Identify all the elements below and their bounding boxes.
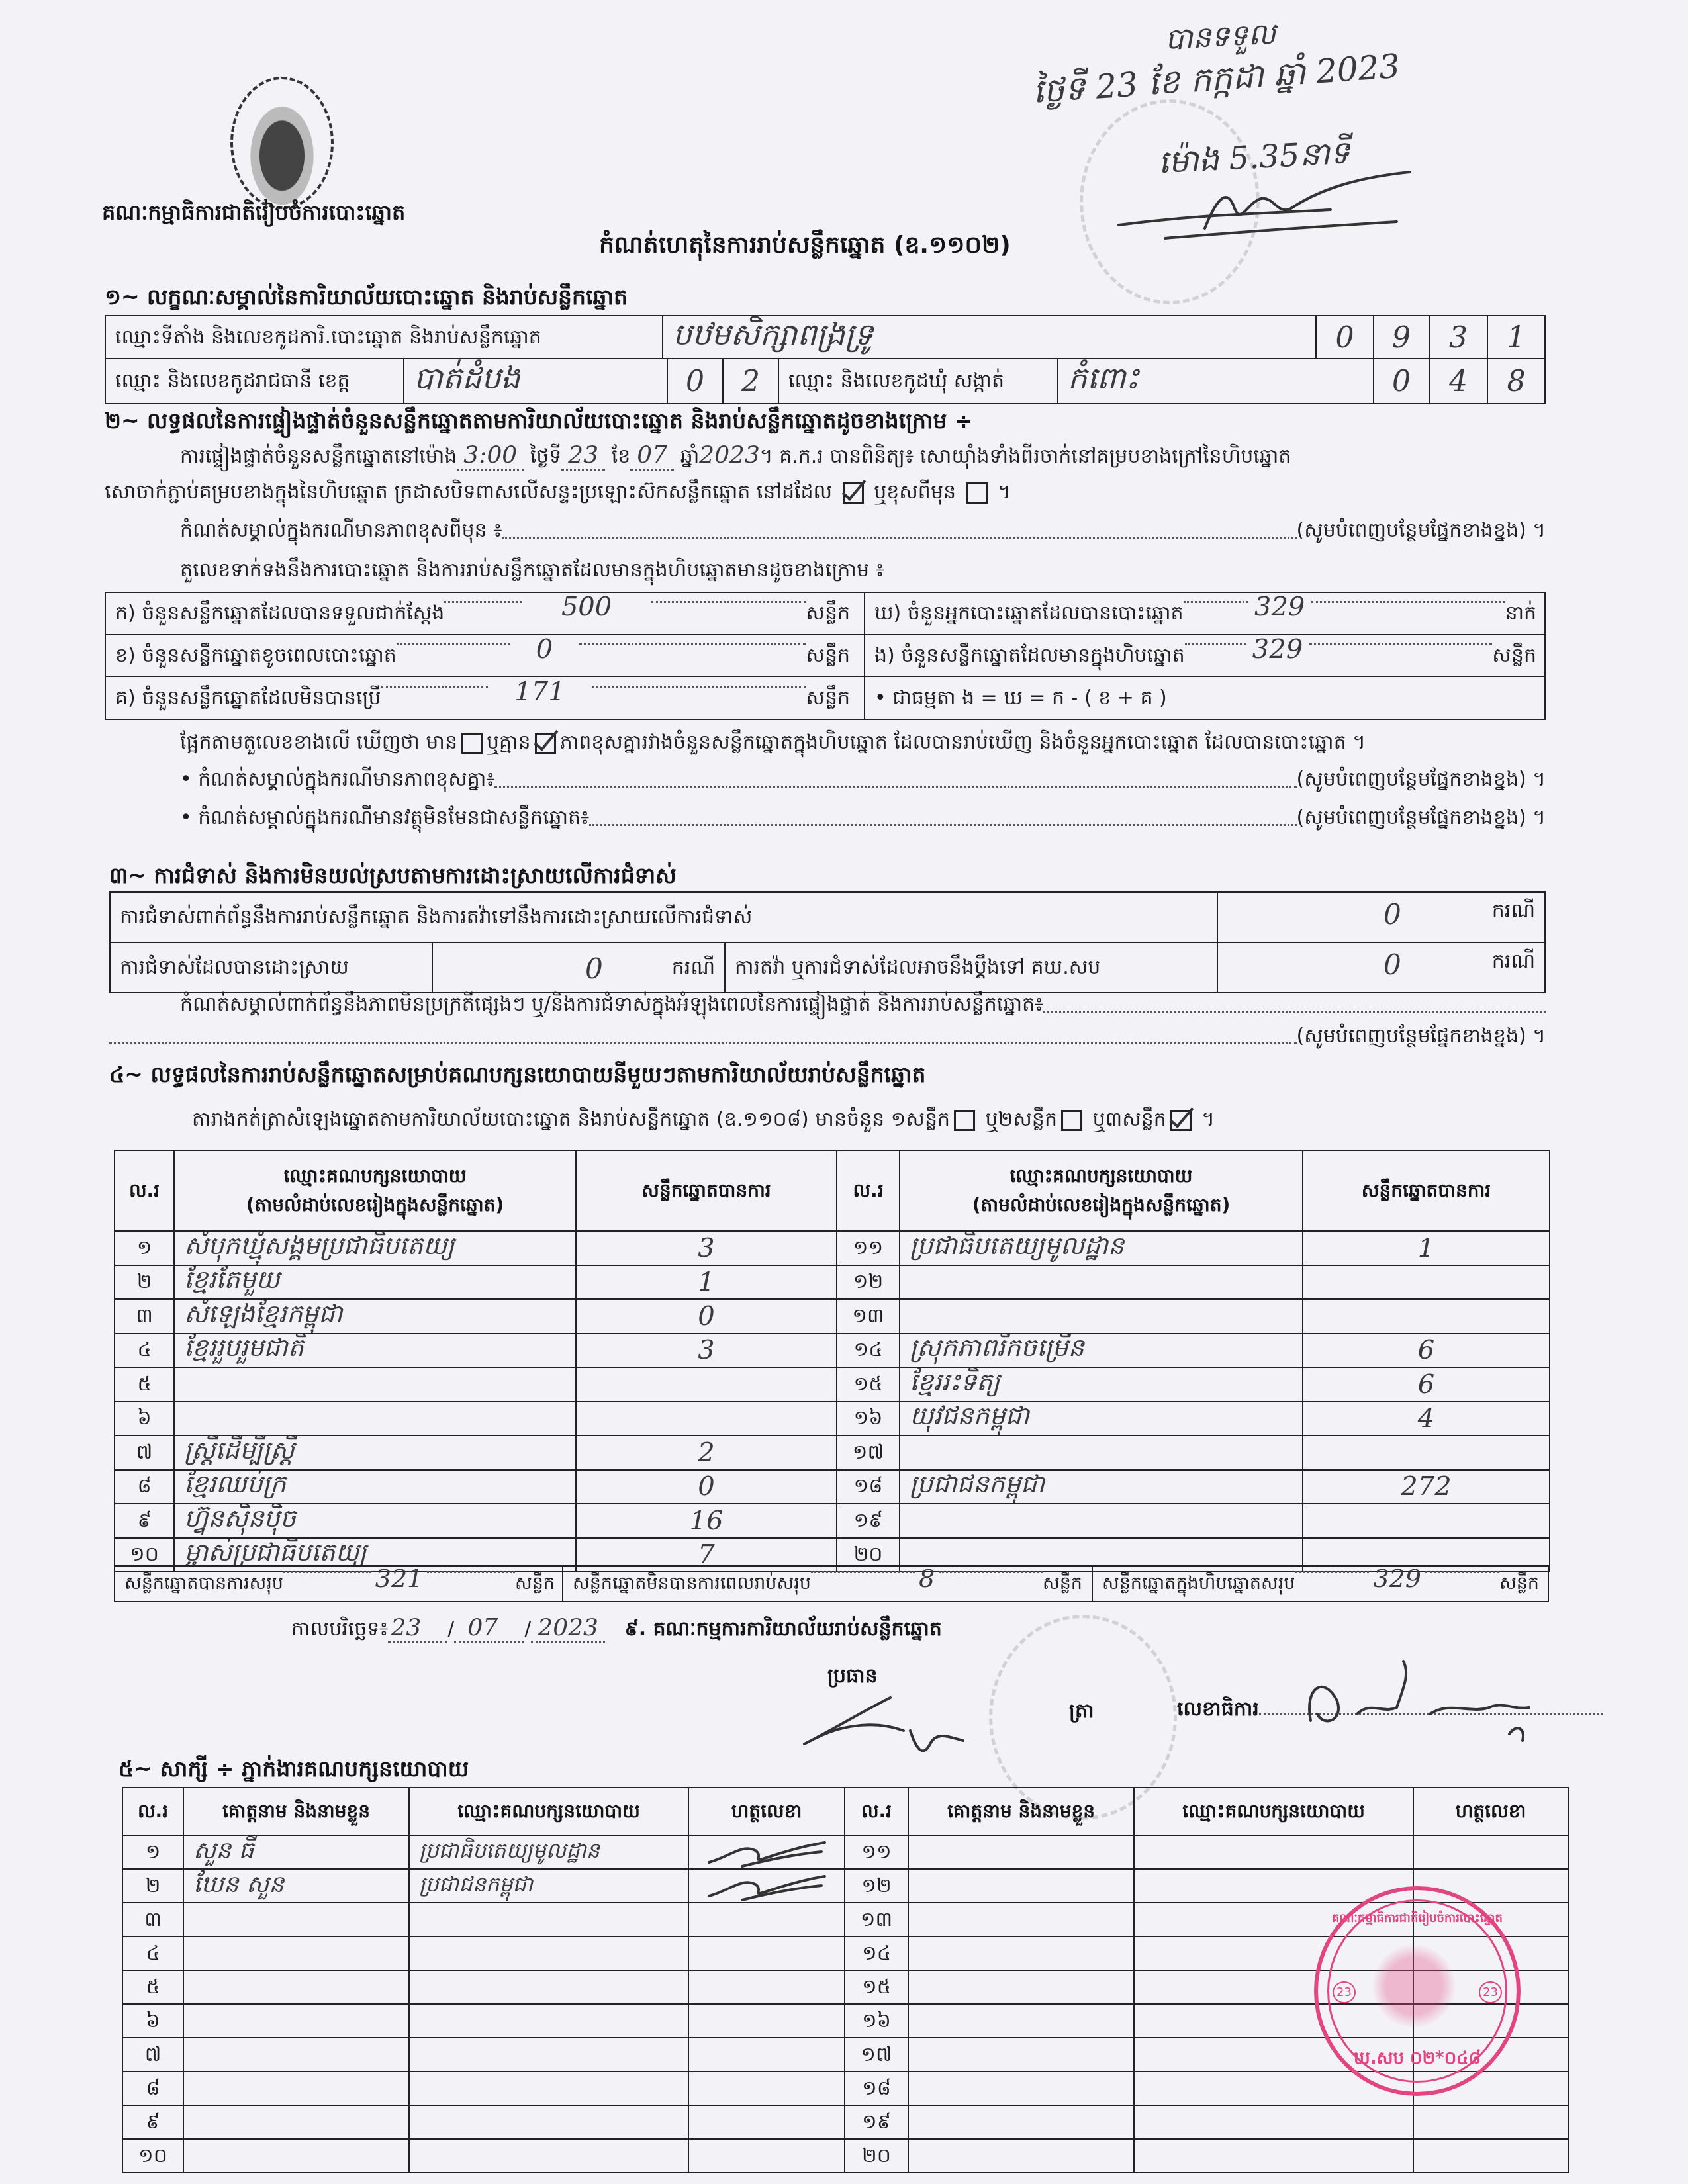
table-row-party: ខ្មែររួបរួមជាតិ bbox=[173, 1333, 577, 1369]
unit-cases: ករណី bbox=[1492, 898, 1535, 925]
witness-row-name: សួន ធី bbox=[183, 1835, 410, 1870]
box-total-value: 329 bbox=[1373, 1565, 1421, 1597]
table-row-no: ១៤ bbox=[836, 1333, 900, 1369]
province-label: ឈ្មោះ និងលេខកូដរាជធានី ខេត្ត bbox=[115, 368, 350, 394]
irregularities-note-label: កំណត់សម្គាល់ពាក់ព័ន្ធនឹងភាពមិនប្រក្រតីផ្… bbox=[180, 991, 1043, 1018]
table-row-votes: 16 bbox=[575, 1503, 837, 1539]
witness-row-name bbox=[183, 1970, 410, 2005]
note-discrepancy-field[interactable] bbox=[494, 785, 1296, 788]
table-row-no: ១២ bbox=[836, 1265, 900, 1300]
figure-unit: នាក់ bbox=[1505, 600, 1536, 627]
verify-suffix: ។ គ.ក.រ បានពិនិត្យ៖ សោយ៉ាំងទាំងពីរចាក់នៅ… bbox=[760, 445, 1291, 468]
row-party: ខ្មែរតែមួយ bbox=[184, 1265, 280, 1300]
col-signature-header: ហត្ថលេខា bbox=[1414, 1797, 1568, 1825]
row-party: ខ្មែររួបរួមជាតិ bbox=[184, 1333, 304, 1369]
header-no: ល.រ bbox=[836, 1150, 900, 1232]
row-no: ១៤ bbox=[845, 1940, 908, 1967]
witness-row-no: ៦ bbox=[122, 2003, 184, 2038]
table-row-votes bbox=[575, 1401, 837, 1437]
table-row-no: ១៣ bbox=[836, 1298, 900, 1334]
nec-emblem-icon bbox=[230, 77, 334, 209]
sheet-option-label: ឬ២សន្លឹក bbox=[986, 1108, 1057, 1131]
witness-row-no: ៣ bbox=[122, 1902, 184, 1937]
signing-month: 07 bbox=[454, 1614, 524, 1643]
witness-row-name bbox=[908, 2105, 1135, 2140]
table-row-no: ១៥ bbox=[836, 1367, 900, 1402]
verify-day: 23 bbox=[561, 441, 605, 471]
stamp-text-bottom: ឃ.សប ០២*០៤៨ bbox=[1318, 2047, 1517, 2072]
table-row-votes: 3 bbox=[575, 1333, 837, 1369]
col-party-header: ឈ្មោះគណបក្សនយោបាយ bbox=[410, 1797, 688, 1825]
witness-party: ប្រជាធិបតេយ្យមូលដ្ឋាន bbox=[419, 1837, 600, 1868]
witness-row-name bbox=[183, 1902, 410, 1937]
verify-year: 2023 bbox=[699, 441, 760, 469]
witness-row-no: ៨ bbox=[122, 2071, 184, 2106]
station-name: បឋមសិក្សាពង្រទ្រូ bbox=[673, 315, 873, 359]
witness-signature bbox=[702, 1837, 828, 1869]
stamp-side-number: 23 bbox=[1479, 1981, 1502, 2003]
row-party: ប្រជាធិបតេយ្យមូលដ្ឋាន bbox=[910, 1230, 1124, 1266]
table-row-votes: 4 bbox=[1302, 1401, 1550, 1437]
row-votes: 6 bbox=[1303, 1369, 1549, 1400]
note-discrepancy-line: • កំណត់សម្គាល់ក្នុងករណីមានភាពខុសគ្នា៖(សូ… bbox=[180, 766, 1546, 793]
stamp-side-number: 23 bbox=[1333, 1981, 1356, 2003]
tally-sheets-prefix: តារាងកត់ត្រាសំឡេងឆ្នោតតាមការិយាល័យបោះឆ្ន… bbox=[192, 1108, 884, 1131]
table-row-votes: 272 bbox=[1302, 1469, 1550, 1505]
witness-row-signature bbox=[688, 2003, 845, 2038]
col-no-header: ល.រ bbox=[845, 1797, 908, 1825]
unit-sheets: សន្លឹក bbox=[1043, 1570, 1082, 1597]
witness-row-name bbox=[908, 1902, 1135, 1937]
table-row-party: ប្រជាជនកម្ពុជា bbox=[899, 1469, 1303, 1505]
signing-day: 23 bbox=[388, 1614, 447, 1643]
row-no: ៤ bbox=[123, 1940, 183, 1967]
section1-heading: ១~ លក្ខណៈសម្គាល់នៃការិយាល័យបោះឆ្នោត និងរ… bbox=[105, 283, 628, 311]
witness-row-party: ប្រជាជនកម្ពុជា bbox=[408, 1868, 689, 1903]
row-no: ៩ bbox=[123, 2109, 183, 2136]
stamp-text-top: គណៈកម្មាធិការជាតិរៀបចំការបោះឆ្នោត bbox=[1318, 1910, 1517, 1928]
row-no: ២ bbox=[115, 1269, 173, 1295]
figure-unused-value: 171 bbox=[514, 678, 565, 711]
figure-label: ខ) ចំនួនសន្លឹកឆ្នោតខូចពេលបោះឆ្នោត bbox=[115, 643, 397, 669]
complaints-label: ការជំទាស់ពាក់ព័ន្ធនឹងការរាប់សន្លឹកឆ្នោត … bbox=[120, 904, 752, 931]
section4-heading: ៤~ លទ្ធផលនៃការរាប់សន្លឹកឆ្នោតសម្រាប់គណបក… bbox=[109, 1061, 925, 1089]
row-no: ១១ bbox=[845, 1839, 908, 1866]
witness-row-party bbox=[408, 2003, 689, 2038]
witness-row-signature bbox=[1413, 2105, 1569, 2140]
station-code-digit: 9 bbox=[1374, 320, 1429, 354]
appeal-label: ការតវ៉ា ឬការជំទាស់ដែលអាចនឹងប្តឹងទៅ គឃ.សប bbox=[735, 954, 1100, 981]
witness-row-name bbox=[908, 1970, 1135, 2005]
note-nonballot-field[interactable] bbox=[589, 823, 1296, 826]
resolved-label: ការជំទាស់ដែលបានដោះស្រាយ bbox=[120, 954, 349, 981]
witness-signature bbox=[702, 1871, 828, 1903]
secretary-signature bbox=[1297, 1648, 1549, 1747]
verify-prefix: ការផ្ទៀងផ្ទាត់ចំនួនសន្លឹកឆ្នោតនៅម៉ោង bbox=[180, 445, 457, 468]
witness-row-signature bbox=[688, 1936, 845, 1971]
table-row-no: ១១ bbox=[836, 1230, 900, 1266]
unit-cases: ករណី bbox=[672, 955, 715, 981]
discrepancy-prefix: ផ្អែកតាមតួលេខខាងលើ ឃើញថា មាន bbox=[180, 731, 457, 754]
row-votes: 3 bbox=[577, 1233, 836, 1263]
header-signature: ហត្ថលេខា bbox=[688, 1787, 845, 1836]
table-row-votes bbox=[1302, 1435, 1550, 1471]
changed-checkbox[interactable] bbox=[966, 482, 988, 504]
row-no: ១២ bbox=[845, 1873, 908, 1899]
table-row-party: ស្រុកភាពរីកចម្រើន bbox=[899, 1333, 1303, 1369]
figure-label: ឃ) ចំនួនអ្នកបោះឆ្នោតដែលបានបោះឆ្នោត bbox=[874, 600, 1184, 627]
witness-row-party bbox=[1133, 2138, 1414, 2173]
table-row-party: ហ្វ៊ុនស៊ិនប៉ិច bbox=[173, 1503, 577, 1539]
row-party: សំបុកឃ្មុំសង្គមប្រជាធិបតេយ្យ bbox=[184, 1230, 455, 1266]
figure-label: ក) ចំនួនសន្លឹកឆ្នោតដែលបានទទួលជាក់ស្តែង bbox=[115, 600, 444, 627]
note-changed-field[interactable] bbox=[502, 536, 1296, 539]
witness-row-name bbox=[183, 2071, 410, 2106]
station-code-digit: 0 bbox=[1317, 320, 1373, 354]
table-row-no: ១ bbox=[114, 1230, 175, 1266]
witness-row-party bbox=[408, 2037, 689, 2072]
col-party-header: ឈ្មោះគណបក្សនយោបាយ bbox=[1010, 1165, 1193, 1187]
witness-name: ឃែន សួន bbox=[193, 1868, 284, 1903]
witness-row-no: ២០ bbox=[844, 2138, 909, 2173]
witness-row-no: ៥ bbox=[122, 1970, 184, 2005]
end-mark: ។ bbox=[998, 480, 1011, 504]
row-votes: 272 bbox=[1303, 1471, 1549, 1502]
tally-sheets-line: តារាងកត់ត្រាសំឡេងឆ្នោតតាមការិយាល័យបោះឆ្ន… bbox=[192, 1107, 1215, 1133]
page-title: កំណត់ហេតុនៃការរាប់សន្លឹកឆ្នោត (ឧ.១១០២) bbox=[599, 232, 1011, 259]
table-row-no: ១៧ bbox=[836, 1435, 900, 1471]
no-discrepancy-label: ឬគ្មាន bbox=[487, 731, 531, 754]
row-votes: 4 bbox=[1303, 1403, 1549, 1433]
col-signature-header: ហត្ថលេខា bbox=[689, 1797, 844, 1825]
row-no: ១៩ bbox=[837, 1508, 899, 1534]
table-row-votes: 2 bbox=[575, 1435, 837, 1471]
witness-party: ប្រជាជនកម្ពុជា bbox=[419, 1870, 533, 1901]
witness-row-signature bbox=[688, 2105, 845, 2140]
verify-month: 07 bbox=[630, 441, 674, 471]
unit-sheets: សន្លឹក bbox=[1499, 1570, 1539, 1597]
row-no: ៦ bbox=[123, 2008, 183, 2034]
witness-row-signature bbox=[688, 1902, 845, 1937]
year-label: ឆ្នាំ bbox=[680, 445, 700, 468]
witness-row-no: ១៧ bbox=[844, 2037, 909, 2072]
province-code-digit: 0 bbox=[668, 365, 722, 398]
figure-label: គ) ចំនួនសន្លឹកឆ្នោតដែលមិនបានប្រើ bbox=[115, 685, 381, 711]
month-label: ខែ bbox=[612, 445, 631, 468]
row-no: ១៩ bbox=[845, 2109, 908, 2136]
figure-received-value: 500 bbox=[561, 594, 612, 627]
witness-row-name bbox=[908, 2071, 1135, 2106]
witness-row-signature bbox=[1413, 1835, 1569, 1870]
section5-heading: ៥~ សាក្សី ÷ ភ្នាក់ងារគណបក្សនយោបាយ bbox=[118, 1755, 469, 1783]
row-votes: 0 bbox=[577, 1301, 836, 1332]
table-row-party: ស្ត្រីដើម្បីស្ត្រី bbox=[173, 1435, 577, 1471]
province-code-digit: 2 bbox=[724, 365, 778, 398]
witness-row-signature bbox=[688, 2138, 845, 2173]
table-row-party: ប្រជាធិបតេយ្យមូលដ្ឋាន bbox=[899, 1230, 1303, 1266]
witness-row-signature bbox=[688, 2037, 845, 2072]
table-row-no: ៥ bbox=[114, 1367, 175, 1402]
row-votes: 1 bbox=[577, 1267, 836, 1297]
table-row-votes: 0 bbox=[575, 1298, 837, 1334]
end-mark: ។ bbox=[1201, 1108, 1215, 1131]
row-no: ៨ bbox=[115, 1473, 173, 1500]
station-code-digit: 1 bbox=[1488, 320, 1544, 354]
witness-row-name: ឃែន សួន bbox=[183, 1868, 410, 1903]
witness-row-name bbox=[908, 2138, 1135, 2173]
table-row-votes: 6 bbox=[1302, 1333, 1550, 1369]
table-row-party bbox=[899, 1265, 1303, 1300]
witness-row-no: ២ bbox=[122, 1868, 184, 1903]
formula: • ជាធម្មតា ង = ឃ = ក - ( ខ + គ ) bbox=[874, 685, 1167, 711]
row-no: ១ bbox=[115, 1235, 173, 1261]
figure-label: ង) ចំនួនសន្លឹកឆ្នោតដែលមានក្នុងហិបឆ្នោត bbox=[874, 643, 1185, 669]
complaints-count: 0 bbox=[1383, 898, 1401, 931]
figure-unit: សន្លឹក bbox=[806, 600, 850, 627]
row-no: ២០ bbox=[845, 2143, 908, 2169]
fill-back-note: (សូមបំពេញបន្ថែមផ្នែកខាងខ្នង) ។ bbox=[1297, 805, 1546, 831]
table-row-party bbox=[899, 1435, 1303, 1471]
witness-row-party: ប្រជាធិបតេយ្យមូលដ្ឋាន bbox=[408, 1835, 689, 1870]
table-row-party: ខ្មែរឈប់ក្រ bbox=[173, 1469, 577, 1505]
province-name: បាត់ដំបង bbox=[414, 359, 520, 404]
witness-row-party bbox=[1133, 1835, 1414, 1870]
sheet-option-3-checkbox[interactable] bbox=[1170, 1110, 1192, 1131]
signing-date-line: កាលបរិច្ឆេទ៖23/07/2023 ៩. គណៈកម្មការការិ… bbox=[291, 1615, 942, 1643]
valid-total-value: 321 bbox=[375, 1565, 424, 1597]
row-no: ១១ bbox=[837, 1235, 899, 1261]
header-no: ល.រ bbox=[114, 1150, 175, 1232]
table-row-votes: 1 bbox=[1302, 1230, 1550, 1266]
table-row-no: ១៩ bbox=[836, 1503, 900, 1539]
witness-row-party bbox=[408, 1970, 689, 2005]
commune-code-digit: 0 bbox=[1374, 365, 1429, 398]
table-row-party bbox=[173, 1367, 577, 1402]
header-votes: សន្លឹកឆ្នោតបានការ bbox=[1302, 1150, 1550, 1232]
witness-row-signature bbox=[688, 1970, 845, 2005]
station-label: ឈ្មោះទីតាំង និងលេខកូដការិ.បោះឆ្នោត និងរា… bbox=[115, 324, 541, 351]
witness-row-name bbox=[183, 2037, 410, 2072]
verification-line: ការផ្ទៀងផ្ទាត់ចំនួនសន្លឹកឆ្នោតនៅម៉ោង3:00… bbox=[180, 442, 1291, 470]
appeal-count: 0 bbox=[1383, 948, 1401, 981]
row-no: ១៥ bbox=[837, 1371, 899, 1398]
commune-code-digit: 8 bbox=[1488, 365, 1544, 398]
witness-row-no: ១១ bbox=[844, 1835, 909, 1870]
figure-spoiled-value: 0 bbox=[536, 636, 553, 669]
row-party: ហ្វ៊ុនស៊ិនប៉ិច bbox=[184, 1503, 296, 1539]
note-nonballot-line: • កំណត់សម្គាល់ក្នុងករណីមានវត្ថុមិនមែនជាស… bbox=[180, 805, 1546, 831]
table-row-party: ខ្មែររះទិត្យ bbox=[899, 1367, 1303, 1402]
valid-total-label: សន្លឹកឆ្នោតបានការសរុប bbox=[124, 1570, 283, 1597]
witness-row-no: ១៥ bbox=[844, 1970, 909, 2005]
witness-row-name bbox=[183, 2105, 410, 2140]
row-party: ស្ត្រីដើម្បីស្ត្រី bbox=[184, 1435, 295, 1471]
witness-row-no: ១២ bbox=[844, 1868, 909, 1903]
verify-time: 3:00 bbox=[457, 441, 524, 471]
col-votes-header: សន្លឹកឆ្នោតបានការ bbox=[577, 1177, 836, 1205]
fill-back-note: (សូមបំពេញបន្ថែមផ្នែកខាងខ្នង) ។ bbox=[1297, 1023, 1546, 1050]
header-party: ឈ្មោះគណបក្សនយោបាយ(តាមលំដាប់លេខរៀងក្នុងសន… bbox=[899, 1150, 1303, 1232]
row-no: ១៣ bbox=[837, 1303, 899, 1330]
row-no: ១៨ bbox=[837, 1473, 899, 1500]
header-name: គោត្តនាម និងនាមខ្លួន bbox=[908, 1787, 1135, 1836]
day-label: ថ្ងៃទី bbox=[530, 445, 562, 468]
row-no: ៨ bbox=[123, 2075, 183, 2102]
header-party: ឈ្មោះគណបក្សនយោបាយ bbox=[408, 1787, 689, 1836]
fill-back-note: (សូមបំពេញបន្ថែមផ្នែកខាងខ្នង) ។ bbox=[1297, 518, 1546, 544]
sheet-option-label: ១សន្លឹក bbox=[891, 1108, 950, 1131]
row-no: ៥ bbox=[115, 1371, 173, 1398]
row-votes: 2 bbox=[577, 1437, 836, 1468]
commune-code-digit: 4 bbox=[1430, 365, 1487, 398]
irregularities-note-line-2: (សូមបំពេញបន្ថែមផ្នែកខាងខ្នង) ។ bbox=[109, 1023, 1546, 1050]
col-name-header: គោត្តនាម និងនាមខ្លួន bbox=[909, 1797, 1133, 1825]
header-signature: ហត្ថលេខា bbox=[1413, 1787, 1569, 1836]
irregularities-note-line: កំណត់សម្គាល់ពាក់ព័ន្ធនឹងភាពមិនប្រក្រតីផ្… bbox=[180, 991, 1546, 1018]
section2-heading: ២~ លទ្ធផលនៃការផ្ទៀងផ្ទាត់ចំនួនសន្លឹកឆ្នោ… bbox=[105, 407, 972, 435]
row-no: ១៥ bbox=[845, 1974, 908, 2001]
row-no: ១៦ bbox=[845, 2008, 908, 2034]
sheet-option-2-checkbox[interactable] bbox=[1061, 1110, 1082, 1131]
table-row-votes: 6 bbox=[1302, 1367, 1550, 1402]
row-no: ៧ bbox=[115, 1439, 173, 1466]
table-row-no: ១៦ bbox=[836, 1401, 900, 1437]
box-total-label: សន្លឹកឆ្នោតក្នុងហិបឆ្នោតសរុប bbox=[1102, 1570, 1295, 1597]
org-name: គណៈកម្មាធិការជាតិរៀបចំការបោះឆ្នោត bbox=[102, 199, 405, 226]
row-no: ១៦ bbox=[837, 1405, 899, 1432]
table-row-party bbox=[899, 1503, 1303, 1539]
seal-text: សោចាក់ភ្ជាប់គម្របខាងក្នុងនៃហិបឆ្នោត ក្រដ… bbox=[105, 480, 832, 504]
row-votes: 1 bbox=[1303, 1233, 1549, 1263]
row-no: ១ bbox=[123, 1839, 183, 1866]
row-party: សំឡេងខ្មែរកម្ពុជា bbox=[184, 1298, 342, 1334]
fill-back-note: (សូមបំពេញបន្ថែមផ្នែកខាងខ្នង) ។ bbox=[1297, 766, 1546, 793]
row-no: ១២ bbox=[837, 1269, 899, 1295]
col-votes-header: សន្លឹកឆ្នោតបានការ bbox=[1303, 1177, 1549, 1205]
row-no: ៤ bbox=[115, 1337, 173, 1363]
table-row-no: ៦ bbox=[114, 1401, 175, 1437]
seal-status-line: សោចាក់ភ្ជាប់គម្របខាងក្នុងនៃហិបឆ្នោត ក្រដ… bbox=[105, 479, 1011, 506]
witness-row-name bbox=[908, 2003, 1135, 2038]
chair-signature bbox=[791, 1684, 1009, 1764]
row-no: ៧ bbox=[123, 2042, 183, 2068]
witness-row-party bbox=[408, 2071, 689, 2106]
table-row-votes: 3 bbox=[575, 1230, 837, 1266]
row-votes: 16 bbox=[577, 1506, 836, 1536]
committee-label: ៩. គណៈកម្មការការិយាល័យរាប់សន្លឹកឆ្នោត bbox=[625, 1617, 942, 1641]
note-changed-label: កំណត់សម្គាល់ក្នុងករណីមានភាពខុសពីមុន ៖ bbox=[180, 518, 502, 544]
table-row-no: ១៨ bbox=[836, 1469, 900, 1505]
sheet-option-label: ឬ៣សន្លឹក bbox=[1092, 1108, 1166, 1131]
note-nonballot-label: • កំណត់សម្គាល់ក្នុងករណីមានវត្ថុមិនមែនជាស… bbox=[180, 805, 589, 831]
table-row-votes bbox=[575, 1367, 837, 1402]
header-no: ល.រ bbox=[122, 1787, 184, 1836]
witness-row-no: ៤ bbox=[122, 1936, 184, 1971]
figure-unit: សន្លឹក bbox=[806, 685, 850, 711]
unit-cases: ករណី bbox=[1492, 948, 1535, 975]
header-no: ល.រ bbox=[844, 1787, 909, 1836]
witness-row-name bbox=[908, 1835, 1135, 1870]
witness-row-name bbox=[183, 2138, 410, 2173]
witness-row-name bbox=[183, 2003, 410, 2038]
witness-row-party bbox=[1133, 2105, 1414, 2140]
signing-date-label: កាលបរិច្ឆេទ៖ bbox=[291, 1617, 388, 1641]
table-row-no: ៩ bbox=[114, 1503, 175, 1539]
row-no: ១៧ bbox=[837, 1439, 899, 1466]
has-discrepancy-checkbox[interactable] bbox=[461, 733, 483, 754]
row-no: ១៤ bbox=[837, 1337, 899, 1363]
header-party: ឈ្មោះគណបក្សនយោបាយ(តាមលំដាប់លេខរៀងក្នុងសន… bbox=[173, 1150, 577, 1232]
header-party: ឈ្មោះគណបក្សនយោបាយ bbox=[1133, 1787, 1414, 1836]
witness-row-party bbox=[408, 1936, 689, 1971]
witness-row-no: ១៣ bbox=[844, 1902, 909, 1937]
row-party: ខ្មែរឈប់ក្រ bbox=[184, 1469, 286, 1505]
signing-year: 2023 bbox=[531, 1614, 605, 1643]
row-party: យុវជនកម្ពុជា bbox=[910, 1401, 1029, 1437]
witness-row-name bbox=[908, 1868, 1135, 1903]
witness-row-no: ១ bbox=[122, 1835, 184, 1870]
row-no: ១៣ bbox=[845, 1907, 908, 1933]
row-no: ៣ bbox=[115, 1303, 173, 1330]
seal-label: ត្រា bbox=[1069, 1698, 1094, 1725]
col-party-subheader: (តាមលំដាប់លេខរៀងក្នុងសន្លឹកឆ្នោត) bbox=[972, 1194, 1230, 1216]
irregularities-note-field-2[interactable] bbox=[109, 1042, 1297, 1044]
table-row-party: ខ្មែរតែមួយ bbox=[173, 1265, 577, 1300]
table-row-votes bbox=[1302, 1298, 1550, 1334]
unchanged-checkbox[interactable] bbox=[843, 482, 864, 504]
table-row-no: ៨ bbox=[114, 1469, 175, 1505]
row-no: ២០ bbox=[837, 1541, 899, 1568]
row-votes: 0 bbox=[577, 1471, 836, 1502]
changed-label: ឬខុសពីមុន bbox=[874, 480, 956, 504]
row-no: ២ bbox=[123, 1873, 183, 1899]
table-row-party: យុវជនកម្ពុជា bbox=[899, 1401, 1303, 1437]
col-no-header: ល.រ bbox=[115, 1177, 173, 1205]
row-no: ១០ bbox=[115, 1541, 173, 1568]
table-row-no: ៣ bbox=[114, 1298, 175, 1334]
table-row-party bbox=[899, 1298, 1303, 1334]
col-no-header: ល.រ bbox=[123, 1797, 183, 1825]
witness-row-party bbox=[408, 2105, 689, 2140]
witness-row-no: ១៤ bbox=[844, 1936, 909, 1971]
sheet-option-1-checkbox[interactable] bbox=[954, 1110, 975, 1131]
figure-unit: សន្លឹក bbox=[1492, 643, 1536, 669]
table-row-party: សំបុកឃ្មុំសង្គមប្រជាធិបតេយ្យ bbox=[173, 1230, 577, 1266]
discrepancy-suffix: ភាពខុសគ្នារវាងចំនួនសន្លឹកឆ្នោតក្នុងហិបឆ្… bbox=[560, 731, 1366, 754]
row-no: ៦ bbox=[115, 1405, 173, 1432]
col-name-header: គោត្តនាម និងនាមខ្លួន bbox=[184, 1797, 408, 1825]
commune-name: កំពោះ bbox=[1068, 359, 1139, 404]
table-row-no: ៧ bbox=[114, 1435, 175, 1471]
irregularities-note-field[interactable] bbox=[1043, 1010, 1546, 1013]
table-row-party: សំឡេងខ្មែរកម្ពុជា bbox=[173, 1298, 577, 1334]
witness-row-signature bbox=[688, 2071, 845, 2106]
unit-sheets: សន្លឹក bbox=[515, 1570, 555, 1597]
row-party: ស្រុកភាពរីកចម្រើន bbox=[910, 1333, 1084, 1369]
col-party-header: ឈ្មោះគណបក្សនយោបាយ bbox=[284, 1165, 467, 1187]
witness-row-no: ១៨ bbox=[844, 2071, 909, 2106]
figure-voters-value: 329 bbox=[1254, 594, 1305, 627]
witness-name: សួន ធី bbox=[193, 1835, 254, 1870]
no-discrepancy-checkbox[interactable] bbox=[535, 733, 556, 754]
discrepancy-line: ផ្អែកតាមតួលេខខាងលើ ឃើញថា មានឬគ្មានភាពខុស… bbox=[180, 729, 1366, 756]
witness-row-party bbox=[408, 1902, 689, 1937]
section3-heading: ៣~ ការជំទាស់ និងការមិនយល់ស្របតាមការដោះស្… bbox=[109, 862, 677, 889]
witness-row-no: ១៦ bbox=[844, 2003, 909, 2038]
witness-row-no: ១៩ bbox=[844, 2105, 909, 2140]
row-no: ៩ bbox=[115, 1508, 173, 1534]
note-changed-line: កំណត់សម្គាល់ក្នុងករណីមានភាពខុសពីមុន ៖(សូ… bbox=[180, 518, 1546, 544]
